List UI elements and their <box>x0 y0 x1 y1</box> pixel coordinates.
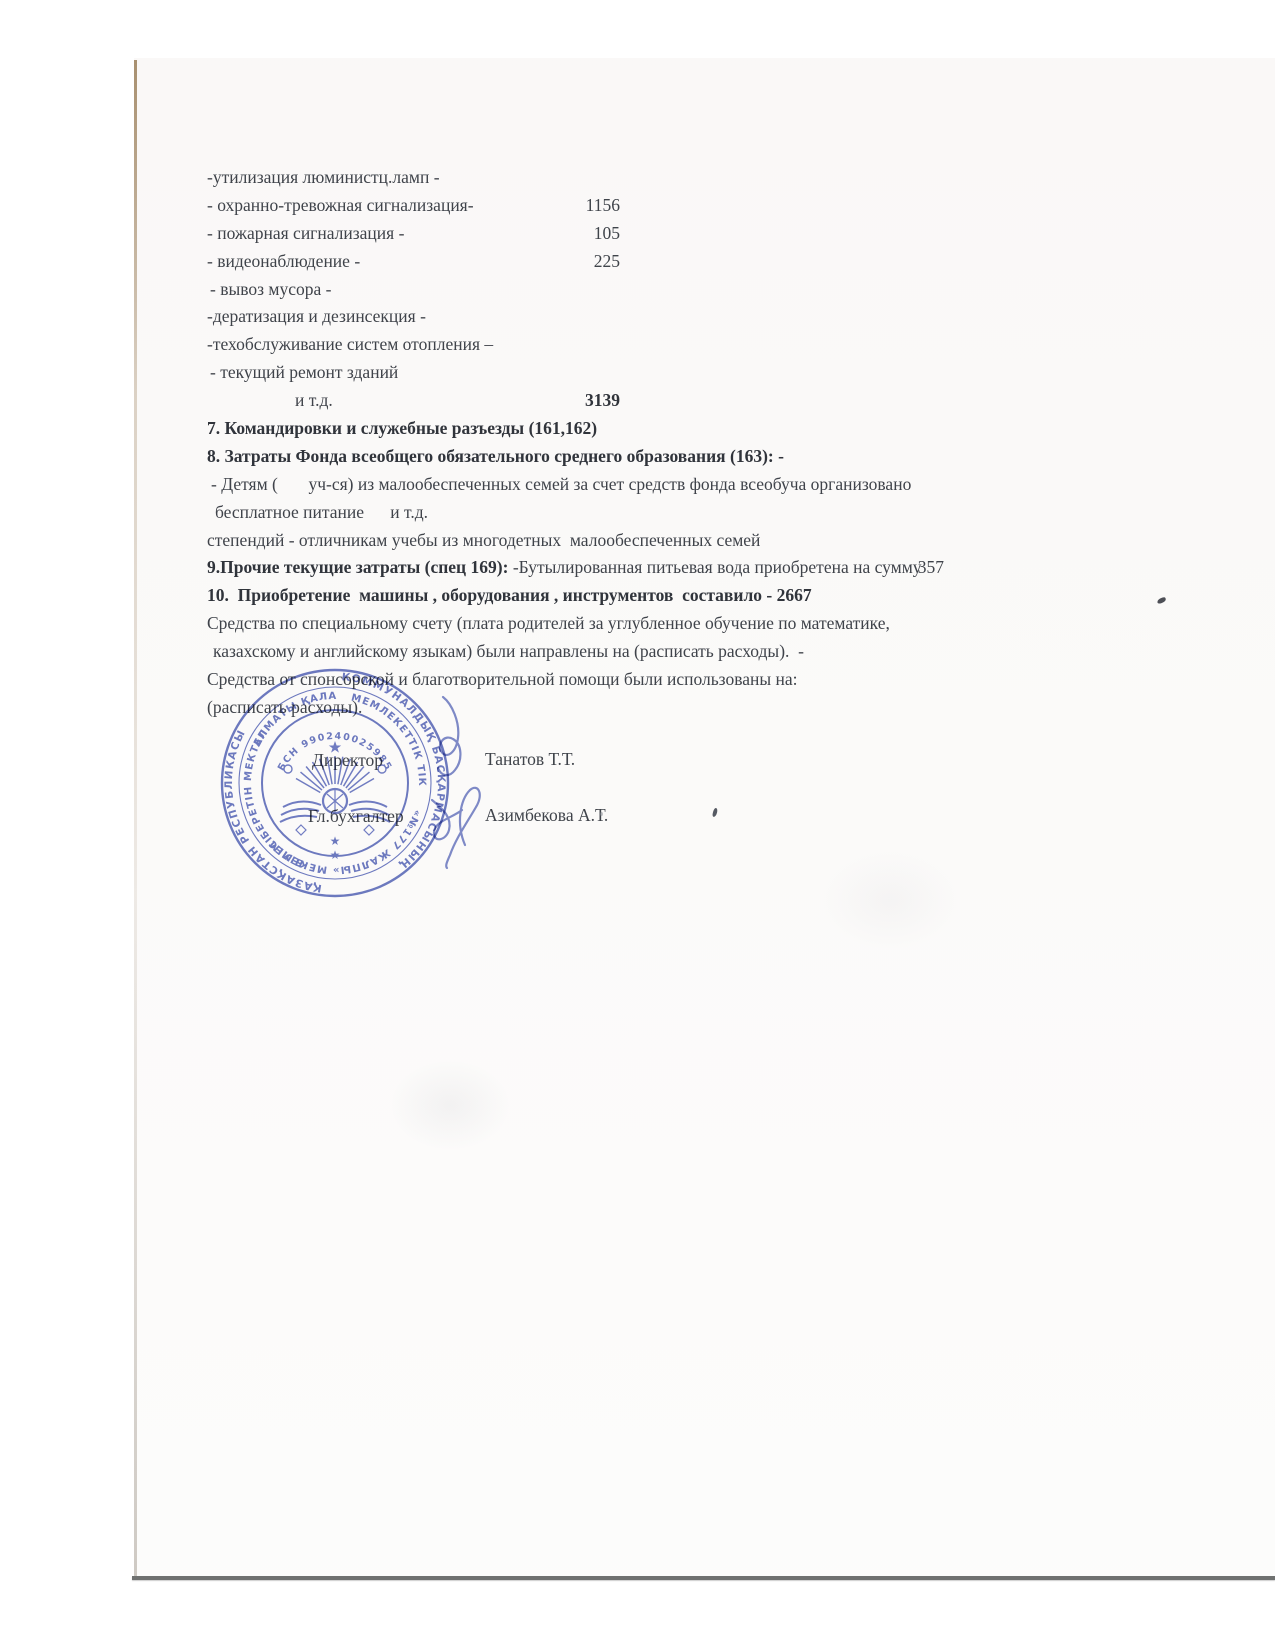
line-value: 225 <box>579 248 620 276</box>
report-line: Средства по специальному счету (плата ро… <box>207 610 1067 638</box>
report-line: 7. Командировки и служебные разъезды (16… <box>207 415 1067 443</box>
top-star <box>329 741 341 753</box>
line-text: - пожарная сигнализация - <box>207 223 404 243</box>
wing-left <box>280 801 321 822</box>
line-text: -утилизация люминистц.ламп - <box>207 167 440 187</box>
line-text: - вывоз мусора - <box>210 279 331 299</box>
report-line: 8. Затраты Фонда всеобщего обязательного… <box>207 443 1067 471</box>
handwritten-signatures <box>413 688 523 873</box>
bottom-star-1: ★ <box>330 834 341 848</box>
ornament-left <box>296 825 306 835</box>
report-line: - текущий ремонт зданий <box>207 359 1067 387</box>
report-line: бесплатное питание и т.д. <box>207 499 1067 527</box>
ornament-right <box>364 825 374 835</box>
line-bold-text: 7. Командировки и служебные разъезды (16… <box>207 418 597 438</box>
scanned-document: -утилизация люминистц.ламп -- охранно-тр… <box>0 0 1275 1650</box>
line-text: - Детям ( уч-ся) из малообеспеченных сем… <box>211 474 911 494</box>
line-text: -Бутылированная питьевая вода приобретен… <box>513 557 922 577</box>
line-text: -дератизация и дезинсекция - <box>207 306 426 326</box>
report-line: -техобслуживание систем отопления – <box>207 331 1067 359</box>
report-line: - пожарная сигнализация -105 <box>207 220 1067 248</box>
line-value: 3139 <box>579 387 620 415</box>
wing-right <box>349 801 390 822</box>
line-bold-text: 8. Затраты Фонда всеобщего обязательного… <box>207 446 784 466</box>
shanyrak-kerege <box>327 789 343 813</box>
line-text: бесплатное питание и т.д. <box>215 502 428 522</box>
line-text: - текущий ремонт зданий <box>210 362 398 382</box>
line-text: - видеонаблюдение - <box>207 251 360 271</box>
line-value: 1156 <box>579 192 620 220</box>
report-line: и т.д.3139 <box>207 387 1067 415</box>
line-text: -техобслуживание систем отопления – <box>207 334 493 354</box>
line-text: - охранно-тревожная сигнализация- <box>207 195 474 215</box>
line-bold-text: 9.Прочие текущие затраты (спец 169): <box>207 557 513 577</box>
sun-rays <box>296 756 374 793</box>
report-line: - Детям ( уч-ся) из малообеспеченных сем… <box>207 471 1067 499</box>
line-value: 105 <box>579 220 620 248</box>
line-text: степендий - отличникам учебы из многодет… <box>207 530 760 550</box>
ink-speck <box>600 812 603 816</box>
bottom-star-2: ★ <box>330 848 341 862</box>
report-line: - охранно-тревожная сигнализация-1156 <box>207 192 1067 220</box>
report-line: -дератизация и дезинсекция - <box>207 303 1067 331</box>
report-line: 9.Прочие текущие затраты (спец 169): -Бу… <box>207 554 1067 582</box>
line-text: Средства по специальному счету (плата ро… <box>207 613 890 633</box>
report-line: 10. Приобретение машины , оборудования ,… <box>207 582 1067 610</box>
accountant-signature <box>432 788 480 868</box>
line-text: и т.д. <box>295 390 333 410</box>
report-line: - вывоз мусора - <box>207 276 1067 304</box>
report-line: -утилизация люминистц.ламп - <box>207 164 1067 192</box>
expense-lines: -утилизация люминистц.ламп -- охранно-тр… <box>207 164 1067 722</box>
line-value: 357 <box>913 554 944 582</box>
report-line: степендий - отличникам учебы из многодет… <box>207 527 1067 555</box>
line-bold-text: 10. Приобретение машины , оборудования ,… <box>207 585 812 605</box>
report-content: -утилизация люминистц.ламп -- охранно-тр… <box>0 0 1275 1650</box>
report-line: - видеонаблюдение -225 <box>207 248 1067 276</box>
director-signature <box>438 697 460 775</box>
